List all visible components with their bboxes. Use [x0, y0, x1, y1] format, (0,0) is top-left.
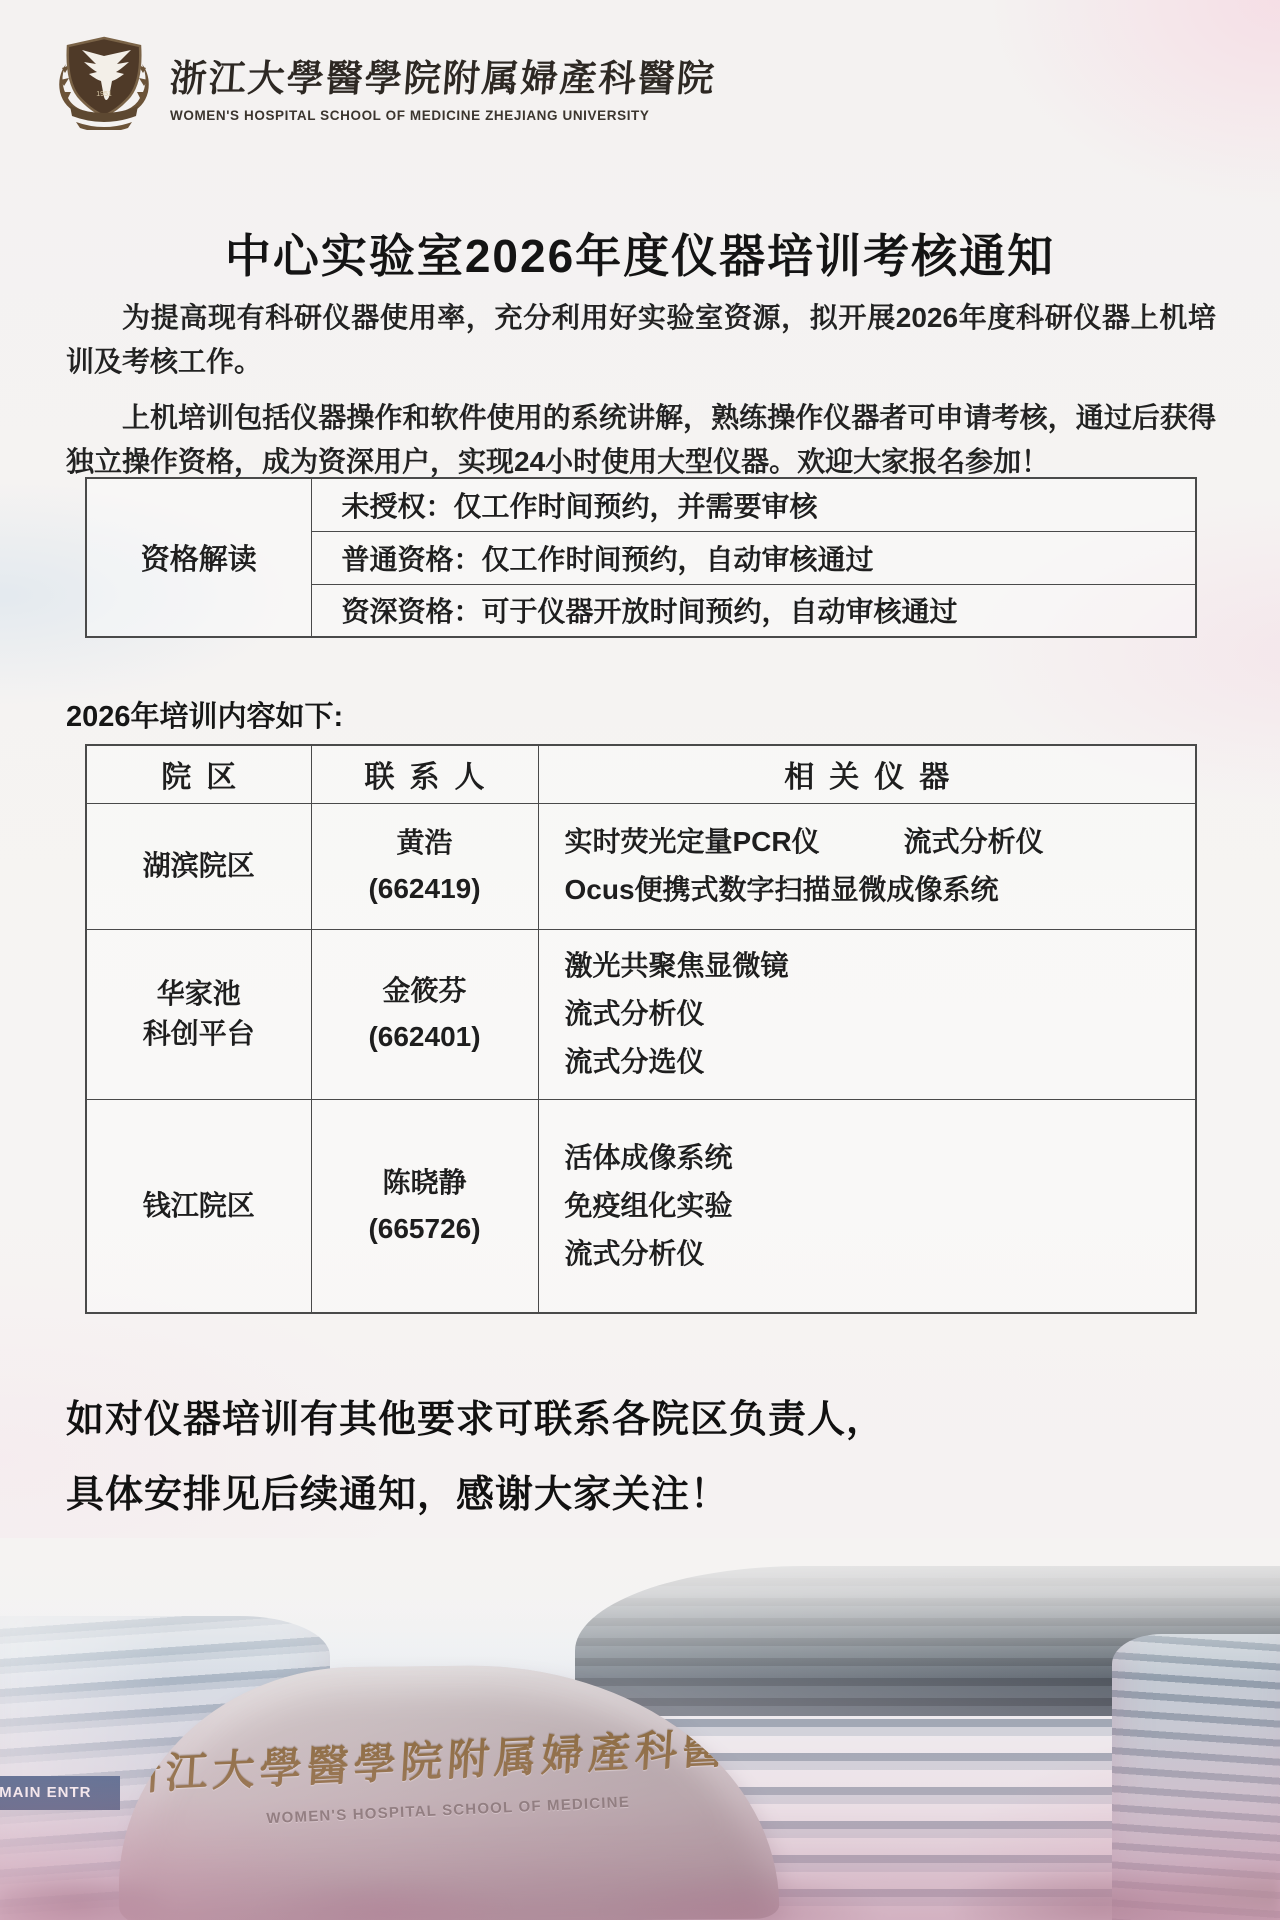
- logo-banner-tail: [76, 122, 132, 130]
- footer-line-1: 如对仪器培训有其他要求可联系各院区负责人，: [66, 1383, 1216, 1458]
- monument-chinese-text: 浙江大學醫學院附属婦產科醫院: [117, 1713, 779, 1803]
- contact-cell: 黄浩 (662419): [311, 803, 538, 929]
- notice-page: 1951 浙江大學醫學院附属婦產科醫院 WOMEN'S HOSPITAL SCH…: [0, 0, 1280, 1920]
- intro-paragraph-2: 上机培训包括仪器操作和软件使用的系统讲解，熟练操作仪器者可申请考核，通过后获得独…: [66, 396, 1216, 484]
- qualification-row-unauthorized: 未授权：仅工作时间预约，并需要审核: [311, 478, 1196, 531]
- footer-line-2: 具体安排见后续通知，感谢大家关注！: [66, 1458, 1216, 1533]
- table-row: 资格解读 未授权：仅工作时间预约，并需要审核: [86, 478, 1196, 531]
- instruments-cell: 活体成像系统 免疫组化实验 流式分析仪: [538, 1099, 1196, 1313]
- campus-photo: 院 MAIN ENTR 浙江大學醫學院附属婦產科醫院 WOMEN'S HOSPI…: [0, 1538, 1280, 1920]
- training-table: 院区 联系人 相关仪器 湖滨院区 黄浩 (662419) 实时荧光定量PCR仪 …: [85, 744, 1197, 1314]
- column-header-campus: 院区: [86, 745, 311, 803]
- training-section-heading: 2026年培训内容如下:: [66, 694, 343, 735]
- footer-note: 如对仪器培训有其他要求可联系各院区负责人， 具体安排见后续通知，感谢大家关注！: [66, 1383, 1216, 1533]
- table-row-qianjiang: 钱江院区 陈晓静 (665726) 活体成像系统 免疫组化实验 流式分析仪: [86, 1099, 1196, 1313]
- contact-phone: (662401): [312, 1014, 538, 1060]
- instrument-line: 激光共聚焦显微镜: [565, 942, 1186, 990]
- instrument-line: 流式分析仪: [565, 990, 1186, 1038]
- intro-paragraph-1: 为提高现有科研仪器使用率，充分利用好实验室资源，拟开展2026年度科研仪器上机培…: [66, 296, 1216, 384]
- contact-name: 金筱芬: [312, 968, 538, 1014]
- instrument-line: 免疫组化实验: [565, 1182, 1186, 1230]
- instrument-line: 流式分选仪: [565, 1038, 1186, 1086]
- foreground-trees: [0, 1848, 1280, 1920]
- instrument-line: 活体成像系统: [565, 1134, 1186, 1182]
- column-header-contact: 联系人: [311, 745, 538, 803]
- column-header-instruments: 相关仪器: [538, 745, 1196, 803]
- qualification-row-normal: 普通资格：仅工作时间预约，自动审核通过: [311, 531, 1196, 584]
- instrument-line: 实时荧光定量PCR仪 流式分析仪: [565, 818, 1186, 866]
- qualification-table: 资格解读 未授权：仅工作时间预约，并需要审核 普通资格：仅工作时间预约，自动审核…: [85, 477, 1197, 638]
- hospital-brand-header: 1951 浙江大學醫學院附属婦產科醫院 WOMEN'S HOSPITAL SCH…: [52, 34, 716, 130]
- main-entrance-sign: 院 MAIN ENTR: [0, 1776, 120, 1810]
- brand-name-chinese: 浙江大學醫學院附属婦產科醫院: [168, 48, 718, 102]
- table-row-hubin: 湖滨院区 黄浩 (662419) 实时荧光定量PCR仪 流式分析仪 Ocus便携…: [86, 803, 1196, 929]
- logo-year: 1951: [96, 91, 112, 98]
- qualification-row-senior: 资深资格：可于仪器开放时间预约，自动审核通过: [311, 584, 1196, 637]
- contact-name: 黄浩: [312, 820, 538, 866]
- page-title: 中心实验室2026年度仪器培训考核通知: [0, 220, 1280, 286]
- instrument-line: 流式分析仪: [565, 1230, 1186, 1278]
- intro-paragraph-2-text: 上机培训包括仪器操作和软件使用的系统讲解，熟练操作仪器者可申请考核，通过后获得独…: [66, 396, 1216, 484]
- contact-phone: (665726): [312, 1206, 538, 1252]
- brand-name-english: WOMEN'S HOSPITAL SCHOOL OF MEDICINE ZHEJ…: [170, 108, 716, 123]
- contact-phone: (662419): [312, 866, 538, 912]
- table-header-row: 院区 联系人 相关仪器: [86, 745, 1196, 803]
- campus-cell: 华家池 科创平台: [86, 929, 311, 1099]
- hospital-logo: 1951: [52, 34, 156, 130]
- contact-cell: 金筱芬 (662401): [311, 929, 538, 1099]
- instrument-line: Ocus便携式数字扫描显微成像系统: [565, 866, 1186, 914]
- campus-cell: 湖滨院区: [86, 803, 311, 929]
- campus-cell: 钱江院区: [86, 1099, 311, 1313]
- instruments-cell: 激光共聚焦显微镜 流式分析仪 流式分选仪: [538, 929, 1196, 1099]
- qualification-label-cell: 资格解读: [86, 478, 311, 637]
- instruments-cell: 实时荧光定量PCR仪 流式分析仪 Ocus便携式数字扫描显微成像系统: [538, 803, 1196, 929]
- brand-text: 浙江大學醫學院附属婦產科醫院 WOMEN'S HOSPITAL SCHOOL O…: [170, 42, 716, 123]
- contact-name: 陈晓静: [312, 1160, 538, 1206]
- intro-paragraph-1-text: 为提高现有科研仪器使用率，充分利用好实验室资源，拟开展2026年度科研仪器上机培…: [66, 296, 1216, 384]
- contact-cell: 陈晓静 (665726): [311, 1099, 538, 1313]
- table-row-huajiachi: 华家池 科创平台 金筱芬 (662401) 激光共聚焦显微镜 流式分析仪 流式分…: [86, 929, 1196, 1099]
